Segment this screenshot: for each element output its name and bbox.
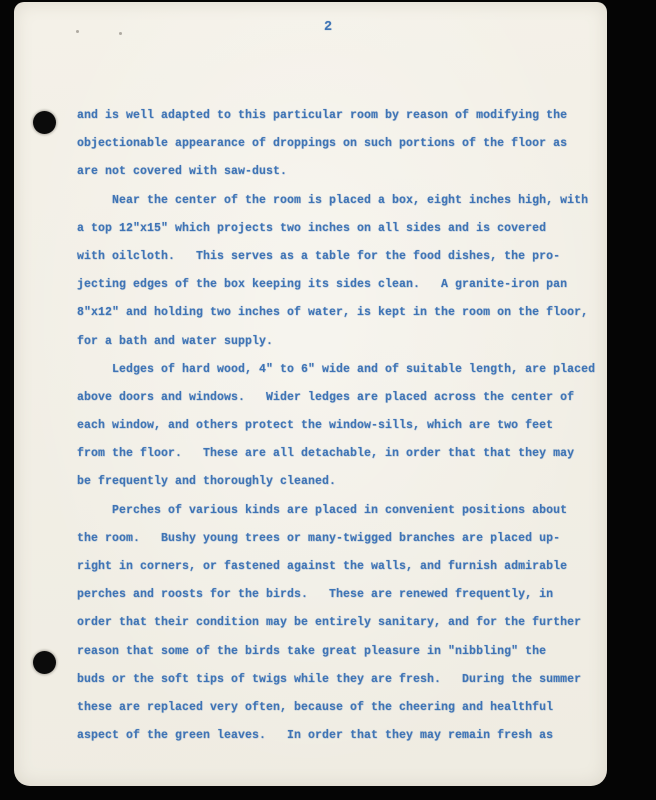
text-line: jecting edges of the box keeping its sid… — [77, 271, 595, 299]
text-line: order that their condition may be entire… — [77, 609, 595, 637]
scan-background: 2 and is well adapted to this particular… — [0, 0, 656, 800]
text-line: and is well adapted to this particular r… — [77, 102, 595, 130]
text-line: each window, and others protect the wind… — [77, 412, 595, 440]
text-line: are not covered with saw-dust. — [77, 158, 595, 186]
hole-punch-bottom — [33, 651, 56, 674]
text-line: aspect of the green leaves. In order tha… — [77, 722, 595, 750]
text-line: these are replaced very often, because o… — [77, 694, 595, 722]
text-line: a top 12"x15" which projects two inches … — [77, 215, 595, 243]
text-line: from the floor. These are all detachable… — [77, 440, 595, 468]
text-line: perches and roosts for the birds. These … — [77, 581, 595, 609]
hole-punch-top — [33, 111, 56, 134]
paper-speck — [76, 30, 79, 33]
text-line: reason that some of the birds take great… — [77, 638, 595, 666]
text-line: Perches of various kinds are placed in c… — [77, 497, 595, 525]
text-line: be frequently and thoroughly cleaned. — [77, 468, 595, 496]
text-line: the room. Bushy young trees or many-twig… — [77, 525, 595, 553]
text-line: buds or the soft tips of twigs while the… — [77, 666, 595, 694]
text-line: above doors and windows. Wider ledges ar… — [77, 384, 595, 412]
text-line: objectionable appearance of droppings on… — [77, 130, 595, 158]
text-line: right in corners, or fastened against th… — [77, 553, 595, 581]
page-number: 2 — [324, 20, 332, 35]
document-page: 2 and is well adapted to this particular… — [14, 2, 607, 786]
typewritten-text-block: and is well adapted to this particular r… — [77, 102, 595, 750]
text-line: Near the center of the room is placed a … — [77, 187, 595, 215]
text-line: 8"x12" and holding two inches of water, … — [77, 299, 595, 327]
text-line: for a bath and water supply. — [77, 328, 595, 356]
text-line: Ledges of hard wood, 4" to 6" wide and o… — [77, 356, 595, 384]
paper-speck — [119, 32, 122, 35]
text-line: with oilcloth. This serves as a table fo… — [77, 243, 595, 271]
